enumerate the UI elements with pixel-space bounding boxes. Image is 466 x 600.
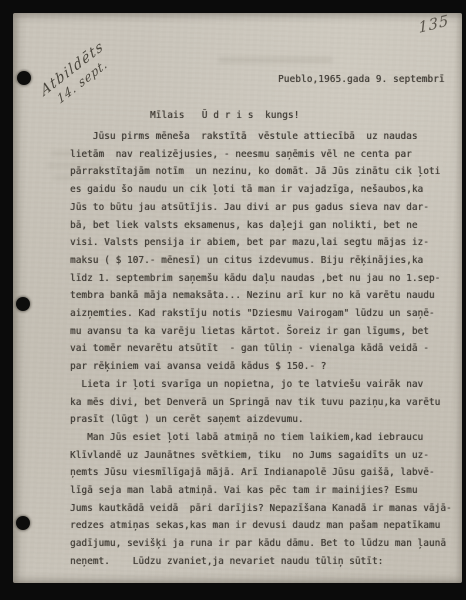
punch-hole-icon [16,297,30,311]
ink-bleedthrough-smudge [218,57,333,63]
punch-hole-icon [17,71,31,85]
handwritten-page-number: 135 [418,11,450,37]
letter-paragraph: Lieta ir ļoti svarīga un nopietna, jo te… [70,376,455,429]
letter-paragraph: Man Jūs esiet ļoti labā atmiņā no tiem l… [70,429,455,571]
letter-salutation: Mīlais Ū d r i s kungs! [150,110,299,121]
letter-dateline: Pueblo,1965.gada 9. septembrī [278,74,445,85]
handwritten-annotation: Atbildēts 14. sept. [37,39,117,112]
scanned-letter-page: 135 Atbildēts 14. sept. Pueblo,1965.gada… [0,0,466,600]
letter-body: Jūsu pirms mēneša rakstītā vēstule attie… [70,128,455,571]
letter-paper: 135 Atbildēts 14. sept. Pueblo,1965.gada… [13,13,462,583]
punch-hole-icon [16,516,30,530]
letter-paragraph: Jūsu pirms mēneša rakstītā vēstule attie… [70,128,455,376]
